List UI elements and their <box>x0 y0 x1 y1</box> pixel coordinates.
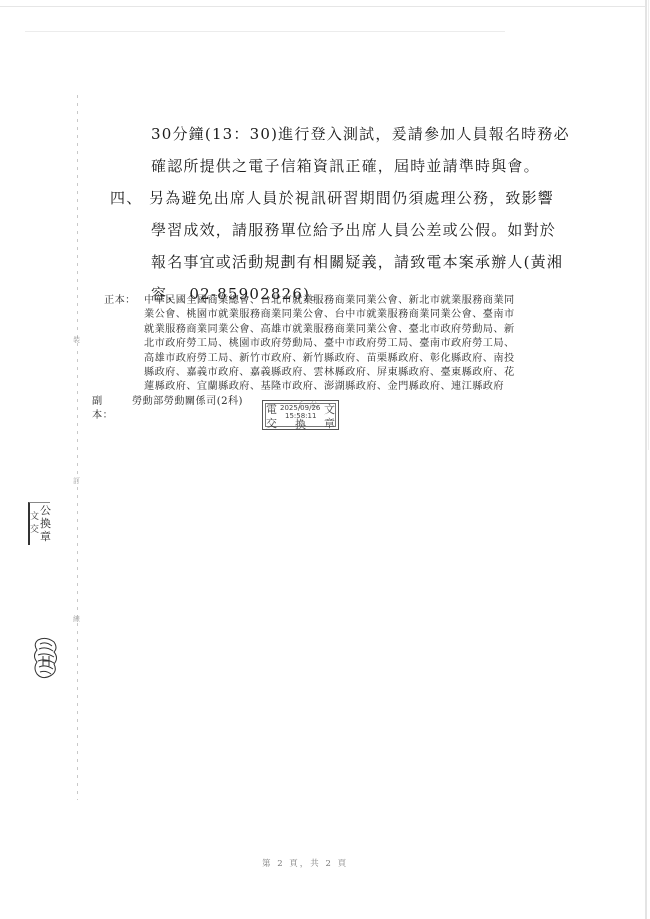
original-line-7: 蓮縣政府、宜蘭縣政府、基隆市政府、澎湖縣政府、金門縣政府、連江縣政府 <box>104 380 564 394</box>
item-4-line-2: 學習成效，請服務單位給予出席人員公差或公假。如對於 <box>112 214 552 246</box>
side-seal-left-chars: 文交 <box>30 511 40 537</box>
electronic-exchange-stamp: 電 子 公 文 交 換 章 2025/09/26 15:58:11 <box>262 400 339 430</box>
item-4-line-1: 四、另為避免出席人員於視訊研習期間仍須處理公務，致影響 <box>110 182 552 214</box>
stamp-date: 2025/09/26 <box>280 404 320 412</box>
scan-top-edge <box>0 6 645 7</box>
original-line-2: 業公會、桃園市就業服務商業同業公會、台中市就業服務商業同業公會、臺南市 <box>104 308 564 322</box>
body-line-1: 30分鐘(13：30)進行登入測試，爰請參加人員報名時務必 <box>112 118 552 150</box>
binding-dotted-line <box>77 95 78 800</box>
body-line-2: 確認所提供之電子信箱資訊正確，屆時並請準時與會。 <box>112 150 552 182</box>
binding-mark-xian: 線 <box>73 614 80 624</box>
item-4-line-3: 報名事宜或活動規劃有相關疑義，請致電本案承辦人(黃湘 <box>112 246 552 278</box>
side-exchange-seal: 公換章 文交 <box>28 502 50 545</box>
original-recipients-row: 正本： 中華民國全國商業總會、台北市就業服務商業同業公會、新北市就業服務商業同 <box>104 294 564 308</box>
side-seal-right-chars: 公換章 <box>40 504 50 543</box>
original-line-3: 就業服務商業同業公會、高雄市就業服務商業同業公會、臺北市政府勞動局、新 <box>104 323 564 337</box>
original-line-6: 縣政府、嘉義市政府、嘉義縣政府、雲林縣政府、屏東縣政府、臺東縣政府、花 <box>104 366 564 380</box>
document-body: 30分鐘(13：30)進行登入測試，爰請參加人員報名時務必 確認所提供之電子信箱… <box>112 118 552 310</box>
scan-artifact-line <box>25 31 505 32</box>
original-line-1: 中華民國全國商業總會、台北市就業服務商業同業公會、新北市就業服務商業同 <box>144 294 564 308</box>
page-number-footer: 第 2 頁，共 2 頁 <box>262 857 348 869</box>
original-label: 正本： <box>104 294 144 308</box>
item-4-text-1: 另為避免出席人員於視訊研習期間仍須處理公務，致影響 <box>149 189 554 207</box>
scan-right-edge <box>645 0 647 919</box>
stamp-time: 15:58:11 <box>285 412 316 420</box>
binding-mark-ding: 訂 <box>73 476 80 486</box>
stamp-char-jiao: 交 <box>266 415 277 431</box>
binding-mark-zhuang: 裝 <box>73 335 80 345</box>
original-line-4: 北市政府勞工局、桃園市政府勞動局、臺中市政府勞工局、臺南市政府勞工局、 <box>104 337 564 351</box>
scan-right-edge-faint <box>648 0 649 450</box>
stamp-char-zhang: 章 <box>324 415 335 431</box>
copy-text: 勞動部勞動關係司(2科) <box>132 395 564 424</box>
original-line-5: 高雄市政府勞工局、新竹市政府、新竹縣政府、苗栗縣政府、彰化縣政府、南投 <box>104 352 564 366</box>
seal-ornament-icon <box>32 636 60 680</box>
copy-label: 副本： <box>92 395 132 424</box>
item-4-number: 四、 <box>110 182 149 214</box>
